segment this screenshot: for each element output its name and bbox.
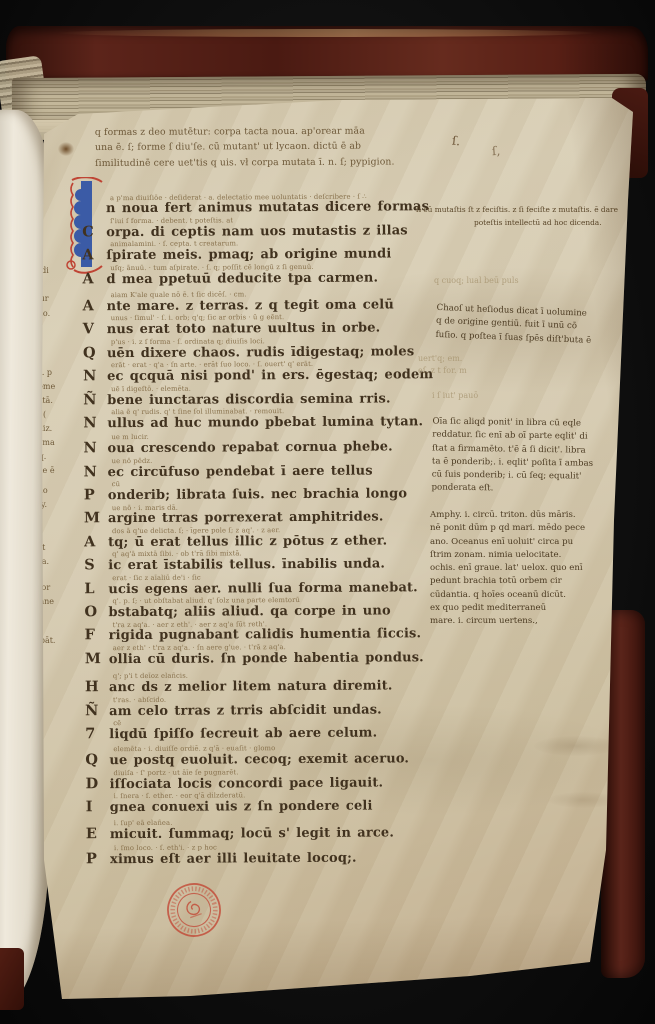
verse-line: aiam K'ale quale nō ē. t ſic dicēſ. · cm…: [83, 288, 513, 314]
pen-trial-mark: ſ.: [451, 134, 461, 149]
verse-words: ollia cū duris. ſn ponde habentia pondus…: [109, 650, 424, 667]
verse-line: dos ā q'ue delicta. ſ; · īgere pole ſ; z…: [84, 524, 514, 550]
verse-line: cū Ponderib; librata ſuis. nec brachia l…: [84, 477, 514, 503]
verse-line: q'; p'i t deīoz elañcis. Hanc ds z melio…: [85, 669, 515, 695]
verse-line: q' aq'ā mixtā ſibi. · ob t'rā ſibi mixtā…: [84, 548, 514, 574]
verse-initial: Q: [83, 344, 107, 361]
verse-words: gnea conuexi uis z ſn pondere celi: [110, 799, 373, 816]
verse-text-block: a p'ma diuiſiōe · deſiderat · a. delecta…: [82, 191, 516, 868]
show-through-smudge: [534, 736, 618, 756]
verse-line: t'ra z aq'a. · aer z eth'. · aer z aq'a …: [85, 618, 515, 644]
library-stamp: [160, 876, 229, 945]
verse-line: i. ſnera · ſ. ether. · eor q'ā dilzderat…: [86, 789, 516, 815]
verse-words: bstabatq; aliis aliud. qa corpe in uno: [108, 603, 390, 620]
verse-initial: M: [85, 650, 109, 667]
verse-words: d mea ppetuū deducite tpa carmen.: [106, 270, 378, 287]
verse-initial: 7: [85, 725, 109, 742]
verse-initial: C: [82, 223, 106, 240]
verse-words: anc ds z melior litem natura diremit.: [109, 679, 393, 696]
verse-initial: E: [86, 825, 110, 842]
verse-words: ſpirate meis. pmaq; ab origine mundi: [106, 247, 391, 264]
verse-line: a p'ma diuiſiōe · deſiderat · a. delecta…: [82, 191, 512, 217]
verse-words: ximus eſt aer illi leuitate locoq;.: [110, 851, 357, 868]
verse-initial: F: [85, 627, 109, 644]
verse-words: argine trras porrexerat amphitrides.: [108, 510, 384, 527]
verse-initial: Ñ: [83, 391, 107, 408]
verse-words: am celo trras z trris abſcidit undas.: [109, 702, 382, 719]
verse-initial: O: [84, 603, 108, 620]
verse-words: oua crescendo repabat cornua phebe.: [107, 440, 392, 457]
verse-line: erat · ſic z aīaliū de'i · ſic Lucis ege…: [84, 571, 514, 597]
verse-initial: M: [84, 510, 108, 527]
verse-line: uē ī digeſtō. · elemēta. Ñbene iunctaras…: [83, 382, 513, 408]
verse-line: diuiſa · ſ' portz · ut āīe ſe pugnarēt. …: [85, 766, 515, 792]
verse-line: ue nō · i. maris dā. Margine trras porre…: [84, 501, 514, 527]
verse-initial: Q: [85, 752, 109, 769]
verse-line: ue nō pēdz. Nec circūfuso pendebat ī aer…: [84, 454, 514, 480]
verse-words: nus erat toto nature uultus in orbe.: [107, 321, 381, 338]
verse-words: nte mare. z terras. z q tegit oma celū: [107, 297, 394, 314]
verse-words: micuit. ſummaq; locū s' legit in arce.: [110, 825, 394, 842]
verse-words: liqdū ſpiſſo ſecreuit ab aere celum.: [109, 726, 377, 743]
verse-initial: N: [83, 439, 107, 456]
pen-trial-mark: ſ,: [492, 144, 501, 159]
verse-line: animalamini. · ſ. cepta. t creatarum. Aſ…: [82, 237, 512, 263]
verse-words: ullus ad huc mundo pbebat lumina tytan.: [107, 414, 423, 431]
prose-gloss-block: q formas z deo mutētur: corpa tacta noua…: [95, 123, 485, 171]
verse-line: uſq; ānuū. · tum aſpirate. · ſ. q; poſſi…: [82, 261, 512, 287]
verse-line: unus · ſimul' · ſ. i. orb; q'q; ſic ar o…: [83, 312, 513, 338]
verse-initial: N: [83, 367, 107, 384]
verse-initial: V: [83, 321, 107, 338]
verse-words: ic erat īstabilis tellus. īnabilis unda.: [108, 557, 385, 574]
verse-words: iſſociata locis concordi pace ligauit.: [110, 775, 384, 792]
verse-line: ue m lucir. Noua crescendo repabat cornu…: [83, 431, 513, 457]
verse-initial: H: [85, 678, 109, 695]
verse-initial: A: [82, 246, 106, 263]
verse-initial: N: [84, 463, 108, 480]
verse-words: ec circūfuso pendebat ī aere tellus: [108, 463, 373, 480]
manuscript-page: q formas z deo mutētur: corpa tacta noua…: [0, 0, 655, 1024]
manuscript-photo: q formas z deo mutētur: corpa tacta noua…: [0, 0, 655, 1024]
verse-initial: A: [84, 533, 108, 550]
verse-line: erāt · erat · q'a · ſn arte. · erāt ſuo …: [83, 358, 513, 384]
verse-initial: D: [85, 775, 109, 792]
verse-words: bene iunctaras discordia semina rris.: [107, 391, 390, 408]
verse-line: p'us · i. z ſ forma · ſ. ordinata q; diu…: [83, 335, 513, 361]
verse-initial: A: [82, 270, 106, 287]
verse-line: t'ras. · abſcido. Ñam celo trras z trris…: [85, 693, 515, 719]
verse-initial: L: [84, 580, 108, 597]
verse-initial: Ñ: [85, 702, 109, 719]
verse-initial: P: [84, 486, 108, 503]
verse-initial: P: [86, 850, 110, 867]
verse-line: alia ē q' rudis. q' t ſine ſol illuminab…: [83, 405, 513, 431]
verse-initial: S: [84, 556, 108, 573]
verse-initial: N: [83, 414, 107, 431]
ink-stain: [58, 142, 74, 156]
book-cover-bottom-left: [0, 948, 24, 1010]
verse-line: ſ'iui ſ forma. · debent. t poteſtis. at …: [82, 214, 512, 240]
verse-words: tq; ū erat tellus illic z pōtus z ether.: [108, 533, 387, 550]
verse-line: i. ſmo loco. · ſ. eth'i. · z p hoc Pximu…: [86, 841, 516, 867]
verse-line: aer z eth' · t'ra z aq'a. · ſn aere g'ue…: [85, 641, 515, 667]
verse-initial: A: [83, 297, 107, 314]
verse-line: i. ſup' eā elañea. Emicuit. ſummaq; locū…: [86, 816, 516, 842]
verse-line: elemēta · i. diuiſſe ordiē. z q'ā · euaſ…: [85, 743, 515, 769]
verse-line: cē 7liqdū ſpiſſo ſecreuit ab aere celum.: [85, 716, 515, 742]
verse-line: q'. p. ſ; · ut obſtabat aliud. q' ſolz u…: [84, 594, 514, 620]
verse-initial: I: [86, 798, 110, 815]
gloss-line: ſimilitudinē cere uet'tis q uis. vł corp…: [95, 154, 485, 171]
